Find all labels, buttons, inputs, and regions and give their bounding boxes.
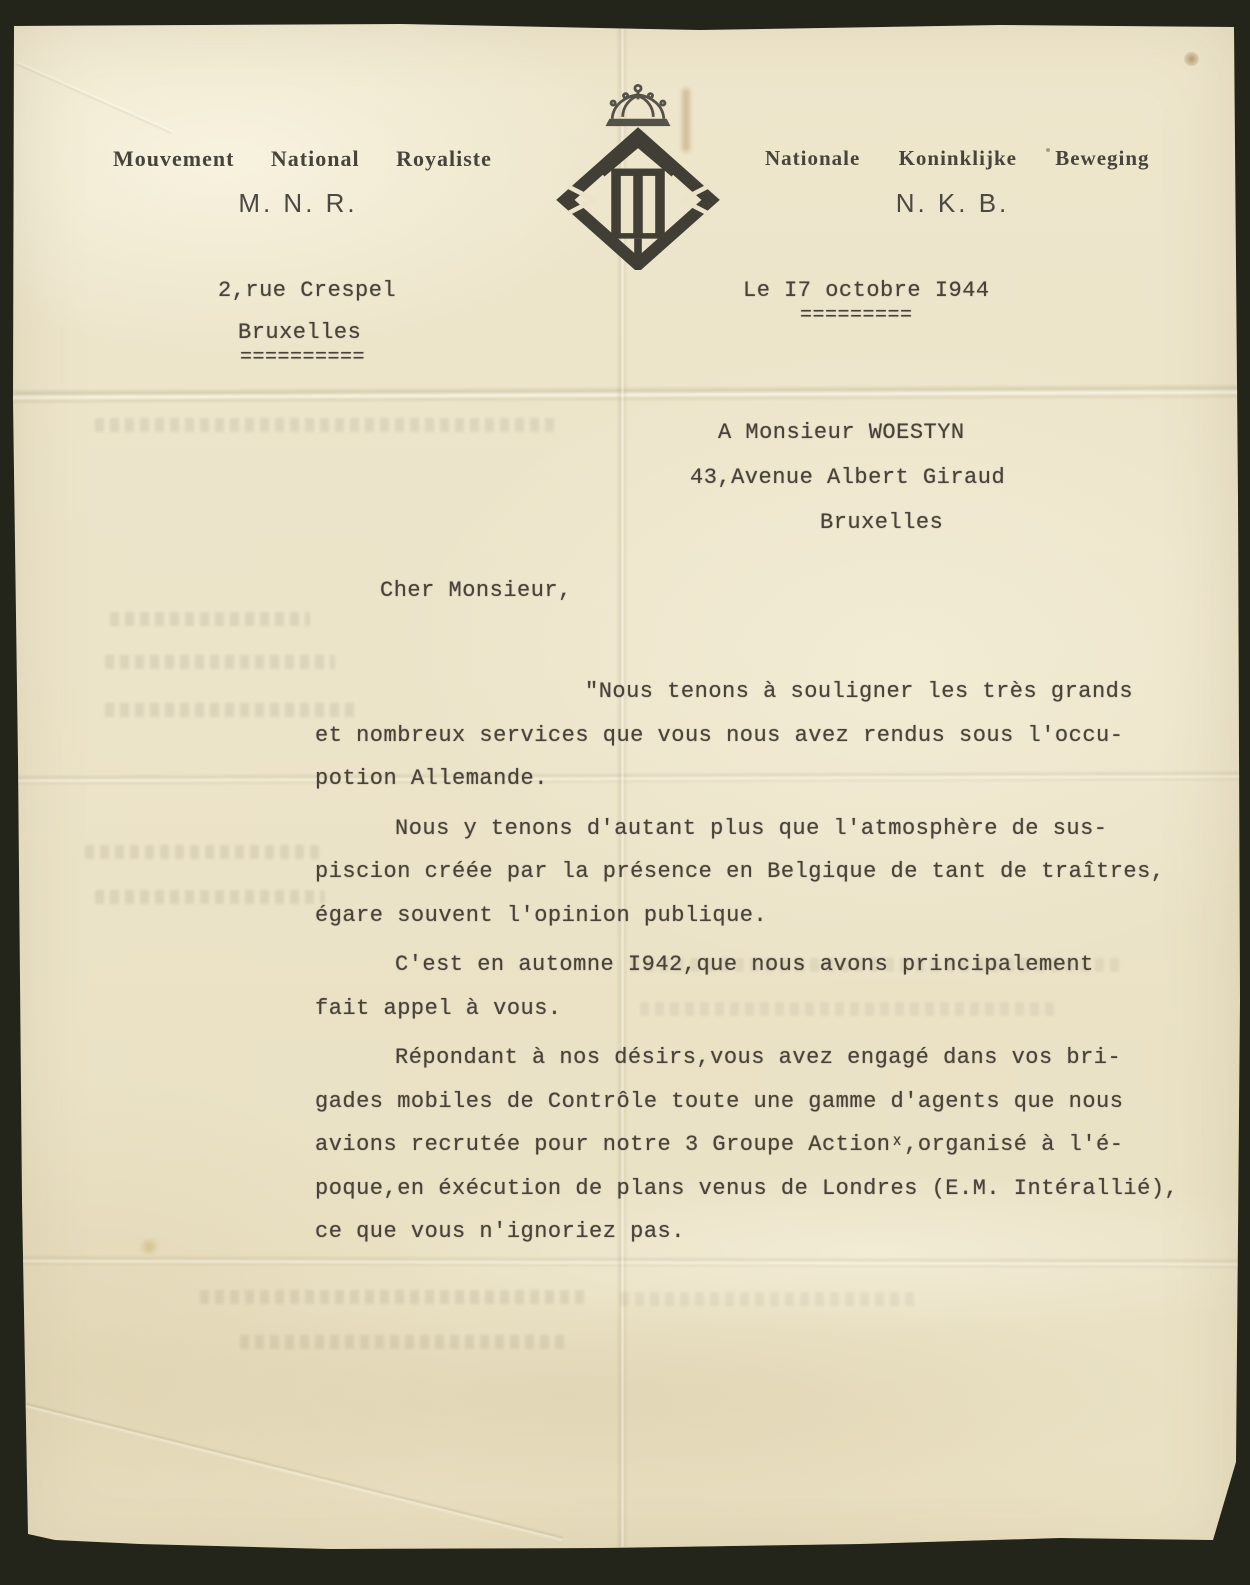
letter-line: Répondant à nos désirs,vous avez engagé … [315, 1036, 1215, 1080]
letter-line: et nombreux services que vous nous avez … [315, 714, 1215, 758]
letter-line: avions recrutée pour notre 3 Groupe Acti… [315, 1123, 1215, 1167]
typed-underline: ========= [800, 304, 913, 327]
letter-paper: Mouvement National Royaliste M. N. R. Na… [0, 0, 1250, 1585]
org-name-dutch: Nationale Koninklijke Beweging [765, 146, 1150, 171]
bleedthrough-line [85, 845, 325, 859]
letter-line: piscion créée par la présence en Belgiqu… [315, 850, 1215, 894]
bleedthrough-line [620, 1292, 920, 1306]
salutation: Cher Monsieur, [380, 578, 572, 603]
bleedthrough-line [105, 655, 335, 669]
sender-address-line: 2,rue Crespel [218, 278, 396, 303]
org-abbr-nkb: N. K. B. [765, 188, 1140, 219]
recipient-name: A Monsieur WOESTYN [718, 420, 965, 445]
letter-line: "Nous tenons à souligner les très grands [315, 670, 1215, 714]
letter-date: Le I7 octobre I944 [743, 278, 990, 303]
letter-line: Nous y tenons d'autant plus que l'atmosp… [315, 807, 1215, 851]
fold-crease-top [0, 383, 1250, 404]
foxing-spot [1184, 52, 1199, 66]
letter-line: potion Allemande. [315, 757, 1215, 801]
crease-diagonal-top-left [16, 60, 174, 135]
letter-line: poque,en éxécution de plans venus de Lon… [315, 1167, 1215, 1211]
foxing-spot [138, 1238, 160, 1255]
typed-underline: ========== [240, 346, 365, 369]
crease-diagonal-bottom-left [18, 1400, 563, 1542]
sender-address-line: Bruxelles [238, 320, 361, 345]
letter-line: égare souvent l'opinion publique. [315, 894, 1215, 938]
bleedthrough-line [110, 612, 310, 626]
recipient-city: Bruxelles [820, 510, 943, 535]
paragraph: "Nous tenons à souligner les très grands… [315, 670, 1215, 801]
letter-line: ce que vous n'ignoriez pas. [315, 1210, 1215, 1254]
paragraph: C'est en automne I942,que nous avons pri… [315, 943, 1215, 1030]
letter-line: C'est en automne I942,que nous avons pri… [315, 943, 1215, 987]
bleedthrough-line [240, 1335, 570, 1349]
letter-body: "Nous tenons à souligner les très grands… [315, 670, 1215, 1260]
recipient-street: 43,Avenue Albert Giraud [690, 465, 1005, 490]
letter-line: fait appel à vous. [315, 987, 1215, 1031]
photographed-letter: { "colors": { "background": "#23241a", "… [0, 0, 1250, 1585]
bleedthrough-line [95, 890, 325, 904]
letter-line: gades mobiles de Contrôle toute une gamm… [315, 1080, 1215, 1124]
paragraph: Répondant à nos désirs,vous avez engagé … [315, 1036, 1215, 1254]
paragraph: Nous y tenons d'autant plus que l'atmosp… [315, 807, 1215, 938]
org-abbr-mnr: M. N. R. [113, 188, 483, 219]
bleedthrough-line [95, 418, 555, 432]
org-name-french: Mouvement National Royaliste [113, 146, 492, 172]
crowned-lozenge-emblem-icon [552, 80, 724, 270]
bleedthrough-line [200, 1290, 590, 1304]
